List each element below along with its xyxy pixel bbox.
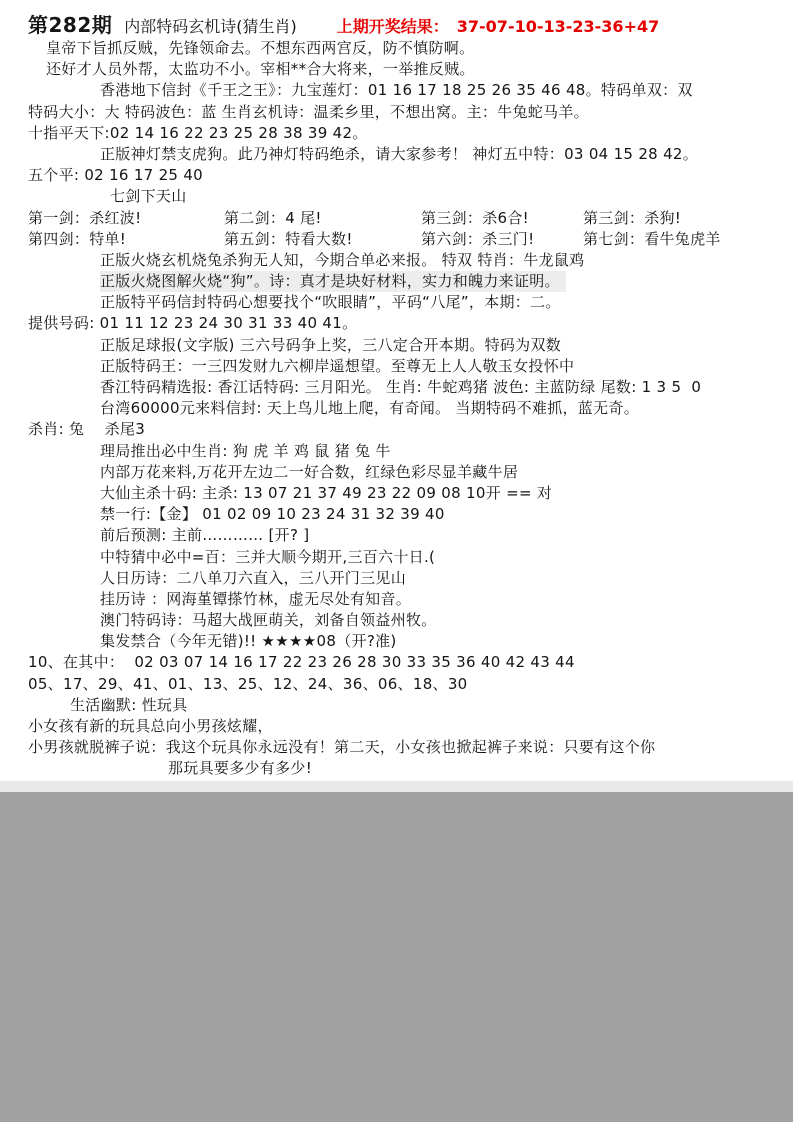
content-end-strip: [0, 781, 793, 792]
sword-item: 第三剑：杀狗!: [583, 208, 681, 229]
sword-item: 第二剑：4 尾!: [224, 208, 421, 229]
text-line: 正版神灯禁支虎狗。此乃神灯特码绝杀，请大家参考！ 神灯五中特：03 04 15 …: [100, 144, 793, 165]
text-line: 还好才人员外帮，太监功不小。宰相**合大将来，一举推反贼。: [46, 59, 793, 80]
text-line: 特码大小：大 特码波色：蓝 生肖玄机诗：温柔乡里，不想出窝。主：牛兔蛇马羊。: [28, 102, 793, 123]
text-line: 七剑下天山: [110, 186, 793, 207]
text-line-highlighted: 正版火烧图解火烧“狗”。诗：真才是块好材料，实力和魄力来证明。: [100, 271, 566, 292]
text-line: 小女孩有新的玩具总向小男孩炫耀，: [28, 716, 793, 737]
sword-item: 第四剑：特单!: [28, 229, 224, 250]
result-label: 上期开奖结果：: [337, 17, 449, 36]
text-line: 五个平: 02 16 17 25 40: [28, 165, 793, 186]
text-line: 05、17、29、41、01、13、25、12、24、36、06、18、30: [28, 674, 793, 695]
text-line: 小男孩就脱裤子说：我这个玩具你永远没有！第二天，小女孩也掀起裤子来说：只要有这个…: [28, 737, 793, 758]
result-numbers: 37-07-10-13-23-36+47: [457, 17, 659, 36]
text-line: 澳门特码诗：马超大战匣萌关，刘备自领益州牧。: [100, 610, 793, 631]
text-line: 正版足球报(文字版) 三六号码争上奖，三八定合开本期。特码为双数: [100, 335, 793, 356]
empty-gray-area: [0, 792, 793, 1122]
sword-item: 第五剑：特看大数!: [224, 229, 421, 250]
lottery-tip-sheet: 第282期 内部特码玄机诗(猜生肖) 上期开奖结果：37-07-10-13-23…: [0, 0, 793, 1122]
text-line: 前后预测: 主前………… [开? ]: [100, 525, 793, 546]
text-line: 那玩具要多少有多少!: [168, 758, 793, 779]
sword-item: 第六剑：杀三门!: [421, 229, 583, 250]
page-title: 内部特码玄机诗(猜生肖): [124, 14, 297, 37]
text-line: 中特猜中必中=百：三并大顺今期开,三百六十日.(: [100, 547, 793, 568]
text-line: 正版火烧玄机烧兔杀狗无人知，今期合单必来报。 特双 特肖：牛龙鼠鸡: [100, 250, 793, 271]
text-line: 杀肖: 兔 杀尾3: [28, 419, 793, 440]
text-line: 台湾60000元来料信封: 天上鸟儿地上爬，有奇闻。 当期特码不难抓，蓝无奇。: [100, 398, 793, 419]
text-line: 理局推出必中生肖: 狗 虎 羊 鸡 鼠 猪 兔 牛: [100, 441, 793, 462]
text-line: 10、在其中： 02 03 07 14 16 17 22 23 26 28 30…: [28, 652, 793, 673]
text-line: 香江特码精选报: 香江话特码: 三月阳光。 生肖: 牛蛇鸡猪 波色: 主蓝防绿 …: [100, 377, 793, 398]
issue-number: 第282期: [28, 9, 112, 38]
text-line: 生活幽默: 性玩具: [70, 695, 793, 716]
last-draw-result: 上期开奖结果：37-07-10-13-23-36+47: [337, 14, 659, 37]
text-line: 正版特码王：一三四发财九六柳岸遥想望。至尊无上人人敬玉女投怀中: [100, 356, 793, 377]
text-line: 禁一行:【金】 01 02 09 10 23 24 31 32 39 40: [100, 504, 793, 525]
swords-row: 第一剑：杀红波! 第二剑：4 尾! 第三剑：杀6合! 第三剑：杀狗!: [28, 208, 793, 229]
text-line: 集发禁合（今年无错)!! ★★★★08（开?准): [100, 631, 793, 652]
text-line: 十指平天下:02 14 16 22 23 25 28 38 39 42。: [28, 123, 793, 144]
text-line: 皇帝下旨抓反贼，先锋领命去。不想东西两宫反，防不慎防啊。: [46, 38, 793, 59]
text-line: 挂历诗 ：网海堇镡搽竹林，虚无尽处有知音。: [100, 589, 793, 610]
text-line: 正版特平码信封特码心想要找个“吹眼睛”，平码“八尾”，本期：二。: [100, 292, 793, 313]
text-line: 内部万花来料,万花开左边二一好合数，红绿色彩尽显羊藏牛居: [100, 462, 793, 483]
text-line: 人日历诗：二八单刀六直入，三八开门三见山: [100, 568, 793, 589]
text-line: 大仙主杀十码: 主杀: 13 07 21 37 49 23 22 09 08 1…: [100, 483, 793, 504]
page-header: 第282期 内部特码玄机诗(猜生肖) 上期开奖结果：37-07-10-13-23…: [28, 9, 793, 35]
sword-item: 第三剑：杀6合!: [421, 208, 583, 229]
swords-row: 第四剑：特单! 第五剑：特看大数! 第六剑：杀三门! 第七剑：看牛兔虎羊: [28, 229, 793, 250]
sword-item: 第七剑：看牛兔虎羊: [583, 229, 721, 250]
sword-item: 第一剑：杀红波!: [28, 208, 224, 229]
text-line: 香港地下信封《千王之王》：九宝莲灯：01 16 17 18 25 26 35 4…: [100, 80, 793, 101]
text-line: 提供号码: 01 11 12 23 24 30 31 33 40 41。: [28, 313, 793, 334]
